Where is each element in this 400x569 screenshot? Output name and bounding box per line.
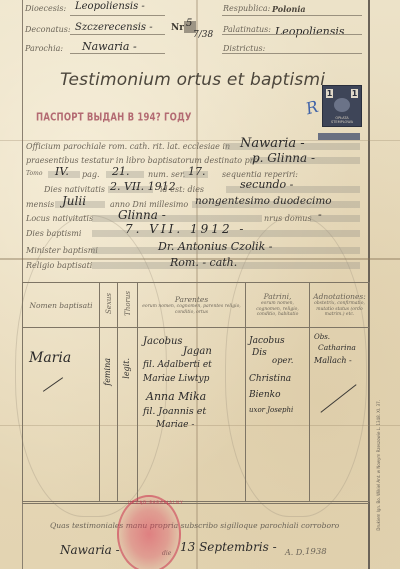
locus-label: Locus nativitatis (26, 214, 93, 223)
cell-parentes: Jacobus Jagan fil. Adalberti et Mariae L… (138, 328, 246, 502)
printer-imprint: Drukiem Ign. Bo. Wikiel Ant. w Nowym Rze… (376, 400, 381, 531)
dies-baptismi-value: 7. VII. 1912 - (125, 222, 246, 236)
nrus-domus-value: - (318, 208, 322, 221)
document-title: Testimonium ortus et baptismi (60, 70, 325, 90)
num-ser-value: 17. (188, 165, 206, 178)
column-header-thorus: Thorus (118, 283, 138, 328)
stamp-value-left: 1 (326, 89, 333, 98)
stamp-value-right: 1 (351, 89, 358, 98)
tomo-value: IV. (55, 165, 69, 178)
religio-value: Rom. - cath. (170, 256, 237, 269)
nrus-domus-label: nrus domus (264, 214, 312, 223)
rule (222, 34, 362, 35)
deconatus-label: Deconatus: (25, 25, 71, 34)
dioecesis-value: Leopoliensis - (75, 1, 145, 12)
cell-nomen: Maria (23, 328, 100, 502)
revenue-stamp: 1 1 OPŁATA STEMPLOWA (322, 85, 362, 127)
ink-smudge (318, 133, 360, 140)
deconatus-value: Szczerecensis - (75, 22, 153, 33)
num-ser-label: num. ser. (148, 170, 185, 179)
cell-adnotationes: Obs. Catharina Mallach - (310, 328, 370, 502)
rule (70, 15, 165, 16)
column-header-sexus: Sexus (100, 283, 118, 328)
parochia-label: Parochia: (25, 44, 63, 53)
closing-date: 13 Septembris - (180, 540, 277, 554)
id-est-label: id est: dies (160, 185, 204, 194)
number-value: 5 (186, 18, 192, 29)
baptism-register-table: Nomen baptisati Sexus Thorus Parenteseor… (22, 282, 370, 502)
column-header-adnotationes: Adnotationes:obstetrix, confirmatio, mut… (310, 283, 370, 328)
districtus-label: Districtus: (223, 44, 265, 53)
closing-year: 1938 (305, 547, 327, 557)
dioecesis-label: Dioecesis: (25, 4, 66, 13)
seal-text: URZĄD PARAFJALNY (128, 500, 184, 505)
palatinatus-value: Leopoliensis (275, 25, 345, 38)
officium-value: Nawaria - (240, 136, 305, 151)
cell-sexus: femina (100, 328, 118, 502)
closing-place: Nawaria - (60, 543, 120, 557)
table-bottom-rule (22, 503, 369, 504)
parish-seal (117, 495, 181, 569)
dies-baptismi-label: Dies baptismi (26, 229, 81, 238)
respublica-label: Respublica: (223, 4, 270, 13)
pen-stroke (320, 384, 356, 412)
anno-value: nongentesimo duodecimo (195, 195, 332, 207)
column-header-patrini: Patrini,eorum nomen, cognomen, religio, … (246, 283, 310, 328)
table-header-row: Nomen baptisati Sexus Thorus Parenteseor… (23, 283, 370, 328)
passport-stamp: ПАСПОРТ ВЫДАН В 194? ГОДУ (36, 112, 192, 124)
column-header-parentes: Parenteseorum nomen, cognomen, parentes … (138, 283, 246, 328)
table-row: Maria femina legit. Jacobus Jagan fil. A… (23, 328, 370, 502)
mensis-label: mensis (26, 200, 54, 209)
palatinatus-label: Palatinatus: (223, 25, 271, 34)
id-est-value: secundo - (240, 178, 293, 191)
rule (70, 53, 165, 54)
cell-patrini: Jacobus Dis oper. Christina Bienko uxor … (246, 328, 310, 502)
dies-nativitatis-label: Dies nativitatis (44, 185, 105, 194)
mensis-value: Julii (62, 194, 86, 208)
parochia-value: Nawaria - (82, 40, 137, 53)
locus-value: Glinna - (118, 208, 166, 222)
praesentibus-label: praesentibus testatur in libro baptisato… (26, 156, 258, 165)
rule (222, 15, 362, 16)
pag-value: 21. (112, 165, 130, 178)
praesentibus-value: p. Glinna - (252, 151, 315, 165)
respublica-value: Polonia (272, 4, 306, 14)
column-header-nomen: Nomen baptisati (23, 283, 100, 328)
rule (222, 53, 362, 54)
cell-thorus: legit. (118, 328, 138, 502)
stamp-text: OPŁATA STEMPLOWA (325, 116, 359, 124)
eagle-emblem-icon (334, 98, 350, 112)
anno-domini-label: A. D. (285, 548, 305, 557)
minister-label: Minister baptismi (26, 246, 98, 255)
minister-value: Dr. Antonius Czolik - (158, 240, 273, 253)
pag-label: pag. (82, 170, 100, 179)
closing-statement: Quas testimoniales manu propria subscrib… (50, 521, 339, 530)
rule (70, 34, 165, 35)
tomo-label: Tomo (26, 170, 42, 177)
religio-label: Religio baptisati (26, 261, 92, 270)
number-label: Nr (171, 23, 184, 33)
number-sub: 7/38 (193, 30, 213, 40)
officium-label: Officium parochiale rom. cath. rit. lat.… (26, 142, 230, 151)
fold-line (0, 140, 400, 141)
pen-stroke (43, 377, 63, 392)
